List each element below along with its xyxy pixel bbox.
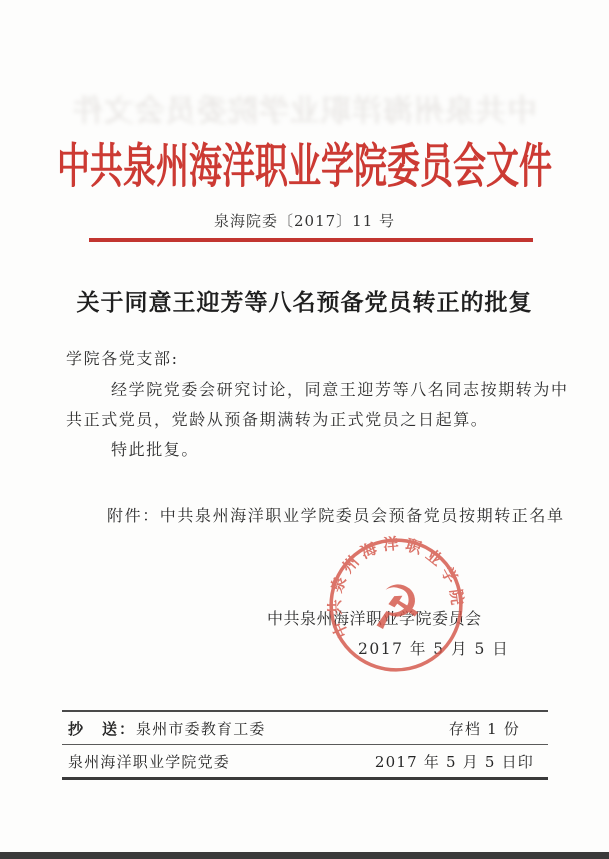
document-number: 泉海院委〔2017〕11 号 [0,210,609,231]
red-separator-rule [89,238,533,242]
signature-org: 中共泉州海洋职业学院委员会 [267,606,482,629]
cc-line: 抄 送：泉州市委教育工委 [62,718,266,739]
official-seal: 中共泉州海洋职业学院委员会 ☭ [306,515,486,695]
salutation: 学院各党支部: [66,346,179,369]
print-date: 2017 年 5 月 5 日印 [375,751,534,772]
ghost-bleed-text: 中共泉州海洋职业学院委员会文件 [0,86,609,130]
footer-record-block: 抄 送：泉州市委教育工委 存档 1 份 泉州海洋职业学院党委 2017 年 5 … [62,710,548,780]
attachment-line: 附件：中共泉州海洋职业学院委员会预备党员按期转正名单 [107,503,565,526]
closing-line: 特此批复。 [111,437,199,460]
scan-bottom-edge [0,852,609,859]
body-paragraph-line-1: 经学院党委会研究讨论，同意王迎芳等八名同志按期转为中 [111,377,569,400]
issuer-committee: 泉州海洋职业学院党委 [62,751,230,772]
document-title: 关于同意王迎芳等八名预备党员转正的批复 [0,284,609,317]
scanned-official-document: 中共泉州海洋职业学院委员会文件 中共泉州海洋职业学院委员会文件 泉海院委〔201… [0,0,609,859]
body-paragraph-line-2: 共正式党员，党龄从预备期满转为正式党员之日起算。 [66,407,488,430]
footer-issuer-row: 泉州海洋职业学院党委 2017 年 5 月 5 日印 [62,745,548,777]
letterhead-title: 中共泉州海洋职业学院委员会文件 [0,129,609,197]
footer-cc-row: 抄 送：泉州市委教育工委 存档 1 份 [62,712,548,745]
seal-graphic: 中共泉州海洋职业学院委员会 ☭ [306,515,486,695]
signature-date: 2017 年 5 月 5 日 [358,637,509,659]
archive-count: 存档 1 份 [449,718,520,739]
cc-label: 抄 送： [68,720,136,738]
cc-recipient: 泉州市委教育工委 [136,720,266,738]
